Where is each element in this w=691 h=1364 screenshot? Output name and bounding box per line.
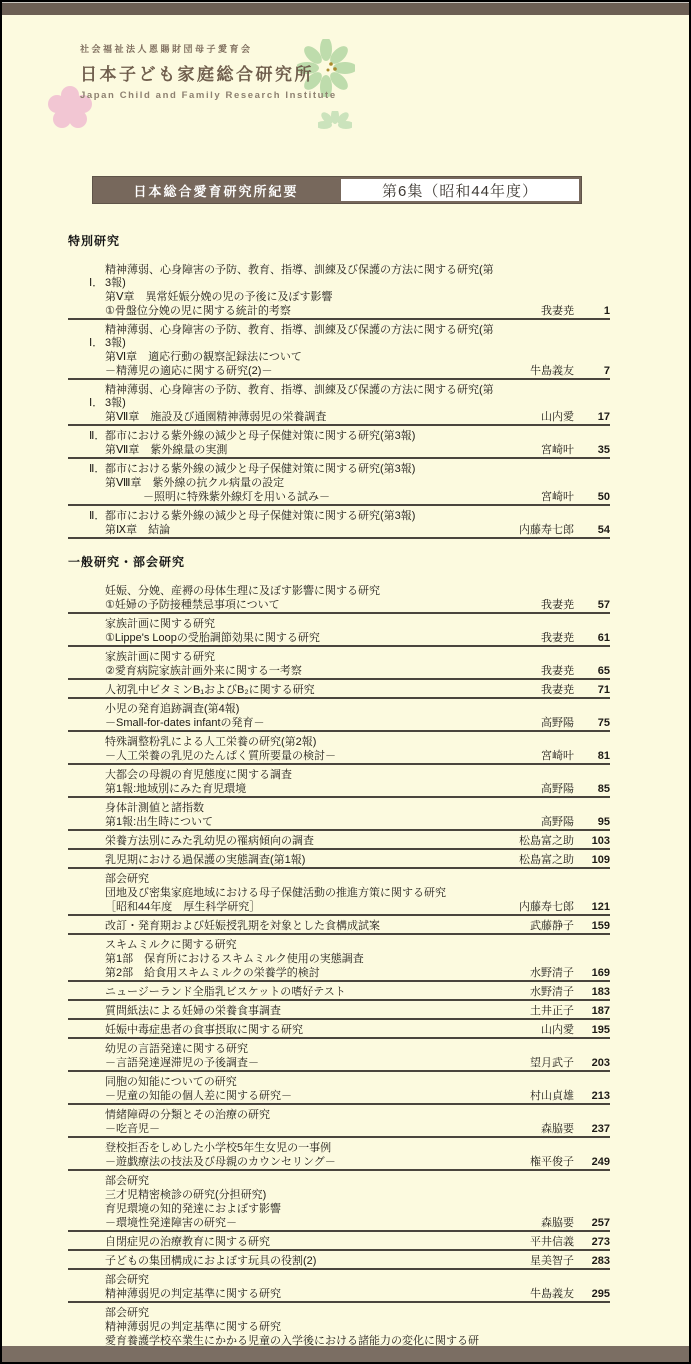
item-author: 宮崎叶 bbox=[541, 491, 574, 504]
item-title: －遊戯療法の技法及び母親のカウンセリング－ bbox=[105, 1156, 520, 1169]
item-page-number: 61 bbox=[580, 632, 610, 645]
item-page-number: 54 bbox=[580, 524, 610, 537]
top-bar bbox=[2, 2, 689, 15]
item-page-number: 95 bbox=[580, 816, 610, 829]
toc-row: 第Ⅶ章 施設及び通園精神薄弱児の栄養調査山内愛17 bbox=[68, 410, 610, 426]
item-title: 部会研究 bbox=[105, 1274, 610, 1287]
toc-row: 改訂・発育期および妊娠授乳期を対象とした食構成試案武藤静子159 bbox=[68, 919, 610, 935]
item-page-number: 203 bbox=[580, 1057, 610, 1070]
toc-row: Ⅰ．精神薄弱、心身障害の予防、教育、指導、訓練及び保護の方法に関する研究(第 3… bbox=[68, 263, 610, 290]
toc-row: －人工栄養の乳児のたんぱく質所要量の検討－宮崎叶81 bbox=[68, 749, 610, 765]
item-author: 松島富之助 bbox=[519, 854, 574, 867]
toc-row: 栄養方法別にみた乳幼児の罹病傾向の調査松島富之助103 bbox=[68, 834, 610, 850]
toc: 特別研究Ⅰ．精神薄弱、心身障害の予防、教育、指導、訓練及び保護の方法に関する研究… bbox=[68, 204, 610, 1363]
item-page-number: 1 bbox=[580, 305, 610, 318]
item-title: －環境性発達障害の研究－ bbox=[105, 1217, 531, 1230]
item-title: 都市における紫外線の減少と母子保健対策に関する研究(第3報) bbox=[105, 510, 610, 523]
toc-row: 自閉症児の治療教育に関する研究平井信義273 bbox=[68, 1235, 610, 1251]
bottom-bar bbox=[2, 1346, 689, 1362]
toc-row: Ⅰ．精神薄弱、心身障害の予防、教育、指導、訓練及び保護の方法に関する研究(第 3… bbox=[68, 323, 610, 350]
item-page-number: 65 bbox=[580, 665, 610, 678]
item-title: 第1報:地域別にみた育児環境 bbox=[105, 783, 531, 796]
item-title: 妊娠中毒症患者の食事摂取に関する研究 bbox=[105, 1024, 531, 1037]
item-author: 権平俊子 bbox=[530, 1156, 574, 1169]
toc-row: 妊娠、分娩、産褥の母体生理に及ぼす影響に関する研究 bbox=[68, 584, 610, 598]
toc-row: 子どもの集団構成におよぼす玩具の役割(2)星美智子283 bbox=[68, 1254, 610, 1270]
toc-row: 第Ⅴ章 異常妊娠分娩の児の予後に及ぼす影響 bbox=[68, 290, 610, 304]
toc-row: 第Ⅵ章 適応行動の観察記録法について bbox=[68, 350, 610, 364]
item-title: 第Ⅷ章 紫外線の抗クル病量の設定 bbox=[105, 477, 610, 490]
toc-row: 身体計測値と諸指数 bbox=[68, 801, 610, 815]
item-title: 妊娠、分娩、産褥の母体生理に及ぼす影響に関する研究 bbox=[105, 585, 610, 598]
header: 社会福祉法人恩賜財団母子愛育会 日本子ども家庭総合研究所 Japan Child… bbox=[2, 15, 689, 134]
item-title: －照明に特殊紫外線灯を用いる試み－ bbox=[105, 491, 531, 504]
item-page-number: 249 bbox=[580, 1156, 610, 1169]
toc-row: ニュージーランド全脂乳ビスケットの嗜好テスト水野清子183 bbox=[68, 985, 610, 1001]
item-page-number: 7 bbox=[580, 365, 610, 378]
toc-row: －吃音児－森脇要237 bbox=[68, 1122, 610, 1138]
item-title: 質問紙法による妊婦の栄養食事調査 bbox=[105, 1005, 520, 1018]
item-author: 内藤寿七郎 bbox=[519, 524, 574, 537]
item-author: 内藤寿七郎 bbox=[519, 901, 574, 914]
toc-row: Ⅱ．都市における紫外線の減少と母子保健対策に関する研究(第3報) bbox=[68, 509, 610, 523]
item-title: 三才児精密検診の研究(分担研究) bbox=[105, 1189, 610, 1202]
page: 社会福祉法人恩賜財団母子愛育会 日本子ども家庭総合研究所 Japan Child… bbox=[0, 0, 691, 1364]
item-author: 我妻尭 bbox=[541, 665, 574, 678]
toc-row: －言語発達遅滞児の予後調査－望月武子203 bbox=[68, 1056, 610, 1072]
item-page-number: 50 bbox=[580, 491, 610, 504]
toc-row: スキムミルクに関する研究 bbox=[68, 938, 610, 952]
toc-row: Ⅱ．都市における紫外線の減少と母子保健対策に関する研究(第3報) bbox=[68, 462, 610, 476]
item-author: 村山貞雄 bbox=[530, 1090, 574, 1103]
toc-row: Ⅰ．精神薄弱、心身障害の予防、教育、指導、訓練及び保護の方法に関する研究(第 3… bbox=[68, 383, 610, 410]
toc-row: 部会研究 bbox=[68, 1174, 610, 1188]
item-page-number: 71 bbox=[580, 684, 610, 697]
item-title: 登校拒否をしめした小学校5年生女児の一事例 bbox=[105, 1142, 610, 1155]
item-title: －Small-for-dates infantの発育－ bbox=[105, 717, 531, 730]
toc-row: 第Ⅸ章 結論内藤寿七郎54 bbox=[68, 523, 610, 539]
item-title: 改訂・発育期および妊娠授乳期を対象とした食構成試案 bbox=[105, 920, 520, 933]
toc-row: ①妊婦の予防接種禁忌事項について我妻尭57 bbox=[68, 598, 610, 614]
toc-row: 人初乳中ビタミンB₁およびB₂に関する研究我妻尭71 bbox=[68, 683, 610, 699]
item-author: 我妻尭 bbox=[541, 305, 574, 318]
item-page-number: 283 bbox=[580, 1255, 610, 1268]
item-title: 精神薄弱児の判定基準に関する研究 bbox=[105, 1321, 610, 1334]
toc-row: 育児環境の知的発達におよぼす影響 bbox=[68, 1202, 610, 1216]
item-page-number: 121 bbox=[580, 901, 610, 914]
item-title: 家族計画に関する研究 bbox=[105, 651, 610, 664]
item-title: 家族計画に関する研究 bbox=[105, 618, 610, 631]
toc-row: 第Ⅷ章 紫外線の抗クル病量の設定 bbox=[68, 476, 610, 490]
item-page-number: 257 bbox=[580, 1217, 610, 1230]
item-page-number: 103 bbox=[580, 835, 610, 848]
item-title: 精神薄弱、心身障害の予防、教育、指導、訓練及び保護の方法に関する研究(第 3報) bbox=[105, 384, 610, 410]
flower-green-small-icon bbox=[318, 111, 352, 137]
toc-row: ［昭和44年度 厚生科学研究］内藤寿七郎121 bbox=[68, 900, 610, 916]
org-parent-name: 社会福祉法人恩賜財団母子愛育会 bbox=[80, 42, 689, 55]
item-title: －吃音児－ bbox=[105, 1123, 531, 1136]
item-author: 宮崎叶 bbox=[541, 750, 574, 763]
item-author: 我妻尭 bbox=[541, 684, 574, 697]
toc-row: 乳児期における過保護の実態調査(第1報)松島富之助109 bbox=[68, 853, 610, 869]
item-title: －言語発達遅滞児の予後調査－ bbox=[105, 1057, 520, 1070]
item-author: 望月武子 bbox=[530, 1057, 574, 1070]
item-title: ②愛育病院家族計画外来に関する一考察 bbox=[105, 665, 531, 678]
toc-row: 第1報:出生時について高野陽95 bbox=[68, 815, 610, 831]
item-title: 大都会の母親の育児態度に関する調査 bbox=[105, 769, 610, 782]
item-title: ①Lippe's Loopの受胎調節効果に関する研究 bbox=[105, 632, 531, 645]
item-title: 特殊調整粉乳による人工栄養の研究(第2報) bbox=[105, 736, 610, 749]
toc-row: 家族計画に関する研究 bbox=[68, 617, 610, 631]
item-page-number: 237 bbox=[580, 1123, 610, 1136]
item-title: 第2部 給食用スキムミルクの栄養学的検討 bbox=[105, 967, 520, 980]
item-title: 子どもの集団構成におよぼす玩具の役割(2) bbox=[105, 1255, 520, 1268]
toc-row: 情緒障碍の分類とその治療の研究 bbox=[68, 1108, 610, 1122]
item-number: Ⅱ． bbox=[68, 430, 105, 443]
item-author: 森脇要 bbox=[541, 1217, 574, 1230]
item-author: 山内愛 bbox=[541, 1024, 574, 1037]
item-title: 情緒障碍の分類とその治療の研究 bbox=[105, 1109, 610, 1122]
item-title: ［昭和44年度 厚生科学研究］ bbox=[105, 901, 509, 914]
toc-row: －照明に特殊紫外線灯を用いる試み－宮崎叶50 bbox=[68, 490, 610, 506]
item-title: 第Ⅴ章 異常妊娠分娩の児の予後に及ぼす影響 bbox=[105, 291, 610, 304]
toc-row: 同胞の知能についての研究 bbox=[68, 1075, 610, 1089]
item-author: 牛島義友 bbox=[530, 1288, 574, 1301]
item-title: 第1報:出生時について bbox=[105, 816, 531, 829]
toc-row: －児童の知能の個人差に関する研究－村山貞雄213 bbox=[68, 1089, 610, 1105]
item-author: 高野陽 bbox=[541, 783, 574, 796]
item-title: ①骨盤位分娩の児に関する統計的考察 bbox=[105, 305, 531, 318]
item-author: 我妻尭 bbox=[541, 632, 574, 645]
item-title: 小児の発育追跡調査(第4報) bbox=[105, 703, 610, 716]
journal-volume: 第6集（昭和44年度） bbox=[341, 179, 579, 201]
item-page-number: 81 bbox=[580, 750, 610, 763]
toc-row: ①Lippe's Loopの受胎調節効果に関する研究我妻尭61 bbox=[68, 631, 610, 647]
item-page-number: 169 bbox=[580, 967, 610, 980]
item-title: 精神薄弱、心身障害の予防、教育、指導、訓練及び保護の方法に関する研究(第 3報) bbox=[105, 264, 610, 290]
item-number: Ⅱ． bbox=[68, 463, 105, 476]
item-title: 部会研究 bbox=[105, 1307, 610, 1320]
item-page-number: 159 bbox=[580, 920, 610, 933]
toc-row: 部会研究 bbox=[68, 1273, 610, 1287]
toc-row: ①骨盤位分娩の児に関する統計的考察我妻尭1 bbox=[68, 304, 610, 320]
toc-row: 第1報:地域別にみた育児環境高野陽85 bbox=[68, 782, 610, 798]
item-page-number: 17 bbox=[580, 411, 610, 424]
item-author: 武藤静子 bbox=[530, 920, 574, 933]
journal-title-bar: 日本総合愛育研究所紀要 第6集（昭和44年度） bbox=[92, 176, 582, 204]
toc-row: 部会研究 bbox=[68, 1306, 610, 1320]
item-title: 第Ⅶ章 施設及び通園精神薄弱児の栄養調査 bbox=[105, 411, 531, 424]
toc-row: －環境性発達障害の研究－森脇要257 bbox=[68, 1216, 610, 1232]
item-title: 人初乳中ビタミンB₁およびB₂に関する研究 bbox=[105, 684, 531, 697]
item-page-number: 183 bbox=[580, 986, 610, 999]
item-title: ニュージーランド全脂乳ビスケットの嗜好テスト bbox=[105, 986, 520, 999]
item-title: －人工栄養の乳児のたんぱく質所要量の検討－ bbox=[105, 750, 531, 763]
item-title: －児童の知能の個人差に関する研究－ bbox=[105, 1090, 520, 1103]
toc-row: 第Ⅶ章 紫外線量の実測宮崎叶35 bbox=[68, 443, 610, 459]
item-title: 乳児期における過保護の実態調査(第1報) bbox=[105, 854, 509, 867]
item-title: 幼児の言語発達に関する研究 bbox=[105, 1043, 610, 1056]
item-page-number: 109 bbox=[580, 854, 610, 867]
journal-name: 日本総合愛育研究所紀要 bbox=[93, 177, 339, 203]
toc-row: 登校拒否をしめした小学校5年生女児の一事例 bbox=[68, 1141, 610, 1155]
item-page-number: 57 bbox=[580, 599, 610, 612]
item-author: 森脇要 bbox=[541, 1123, 574, 1136]
toc-row: 三才児精密検診の研究(分担研究) bbox=[68, 1188, 610, 1202]
item-number: Ⅰ． bbox=[68, 277, 105, 290]
item-author: 水野清子 bbox=[530, 967, 574, 980]
toc-row: －遊戯療法の技法及び母親のカウンセリング－権平俊子249 bbox=[68, 1155, 610, 1171]
toc-row: 家族計画に関する研究 bbox=[68, 650, 610, 664]
toc-row: 第2部 給食用スキムミルクの栄養学的検討水野清子169 bbox=[68, 966, 610, 982]
item-title: 第Ⅸ章 結論 bbox=[105, 524, 509, 537]
item-title: スキムミルクに関する研究 bbox=[105, 939, 610, 952]
item-title: ①妊婦の予防接種禁忌事項について bbox=[105, 599, 531, 612]
item-title: 都市における紫外線の減少と母子保健対策に関する研究(第3報) bbox=[105, 430, 610, 443]
item-author: 土井正子 bbox=[530, 1005, 574, 1018]
item-title: 精神薄弱、心身障害の予防、教育、指導、訓練及び保護の方法に関する研究(第 3報) bbox=[105, 324, 610, 350]
item-title: 第Ⅶ章 紫外線量の実測 bbox=[105, 444, 531, 457]
item-title: 栄養方法別にみた乳幼児の罹病傾向の調査 bbox=[105, 835, 509, 848]
item-title: 育児環境の知的発達におよぼす影響 bbox=[105, 1203, 610, 1216]
toc-row: 妊娠中毒症患者の食事摂取に関する研究山内愛195 bbox=[68, 1023, 610, 1039]
item-author: 水野清子 bbox=[530, 986, 574, 999]
toc-row: 質問紙法による妊婦の栄養食事調査土井正子187 bbox=[68, 1004, 610, 1020]
toc-row: 幼児の言語発達に関する研究 bbox=[68, 1042, 610, 1056]
item-page-number: 85 bbox=[580, 783, 610, 796]
section-heading: 一般研究・部会研究 bbox=[68, 553, 610, 570]
item-number: Ⅱ． bbox=[68, 510, 105, 523]
item-author: 山内愛 bbox=[541, 411, 574, 424]
section-heading: 特別研究 bbox=[68, 232, 610, 249]
item-number: Ⅰ． bbox=[68, 397, 105, 410]
item-page-number: 213 bbox=[580, 1090, 610, 1103]
toc-row: 大都会の母親の育児態度に関する調査 bbox=[68, 768, 610, 782]
toc-row: 精神薄弱児の判定基準に関する研究 bbox=[68, 1320, 610, 1334]
item-title: 第Ⅵ章 適応行動の観察記録法について bbox=[105, 351, 610, 364]
item-title: 身体計測値と諸指数 bbox=[105, 802, 610, 815]
item-author: 高野陽 bbox=[541, 816, 574, 829]
toc-row: －精薄児の適応に関する研究(2)－牛島義友7 bbox=[68, 364, 610, 380]
item-page-number: 187 bbox=[580, 1005, 610, 1018]
item-title: 団地及び密集家庭地域における母子保健活動の推進方策に関する研究 bbox=[105, 887, 610, 900]
item-title: 部会研究 bbox=[105, 873, 610, 886]
item-page-number: 295 bbox=[580, 1288, 610, 1301]
toc-row: 部会研究 bbox=[68, 872, 610, 886]
item-number: Ⅰ． bbox=[68, 337, 105, 350]
item-author: 松島富之助 bbox=[519, 835, 574, 848]
item-title: 同胞の知能についての研究 bbox=[105, 1076, 610, 1089]
item-author: 宮崎叶 bbox=[541, 444, 574, 457]
toc-row: ②愛育病院家族計画外来に関する一考察我妻尭65 bbox=[68, 664, 610, 680]
toc-row: 精神薄弱児の判定基準に関する研究牛島義友295 bbox=[68, 1287, 610, 1303]
toc-row: 小児の発育追跡調査(第4報) bbox=[68, 702, 610, 716]
item-title: 第1部 保育所におけるスキムミルク使用の実態調査 bbox=[105, 953, 610, 966]
item-page-number: 273 bbox=[580, 1236, 610, 1249]
toc-row: Ⅱ．都市における紫外線の減少と母子保健対策に関する研究(第3報) bbox=[68, 429, 610, 443]
org-title: 日本子ども家庭総合研究所 bbox=[80, 60, 689, 85]
toc-row: 特殊調整粉乳による人工栄養の研究(第2報) bbox=[68, 735, 610, 749]
toc-row: －Small-for-dates infantの発育－高野陽75 bbox=[68, 716, 610, 732]
item-page-number: 75 bbox=[580, 717, 610, 730]
item-author: 高野陽 bbox=[541, 717, 574, 730]
item-page-number: 35 bbox=[580, 444, 610, 457]
toc-row: 団地及び密集家庭地域における母子保健活動の推進方策に関する研究 bbox=[68, 886, 610, 900]
item-author: 我妻尭 bbox=[541, 599, 574, 612]
item-page-number: 195 bbox=[580, 1024, 610, 1037]
toc-row: 第1部 保育所におけるスキムミルク使用の実態調査 bbox=[68, 952, 610, 966]
org-english-name: Japan Child and Family Research Institut… bbox=[80, 90, 689, 101]
item-title: 精神薄弱児の判定基準に関する研究 bbox=[105, 1288, 520, 1301]
item-title: －精薄児の適応に関する研究(2)－ bbox=[105, 365, 520, 378]
item-author: 牛島義友 bbox=[530, 365, 574, 378]
item-title: 都市における紫外線の減少と母子保健対策に関する研究(第3報) bbox=[105, 463, 610, 476]
item-author: 平井信義 bbox=[530, 1236, 574, 1249]
item-author: 星美智子 bbox=[530, 1255, 574, 1268]
item-title: 自閉症児の治療教育に関する研究 bbox=[105, 1236, 520, 1249]
item-title: 部会研究 bbox=[105, 1175, 610, 1188]
